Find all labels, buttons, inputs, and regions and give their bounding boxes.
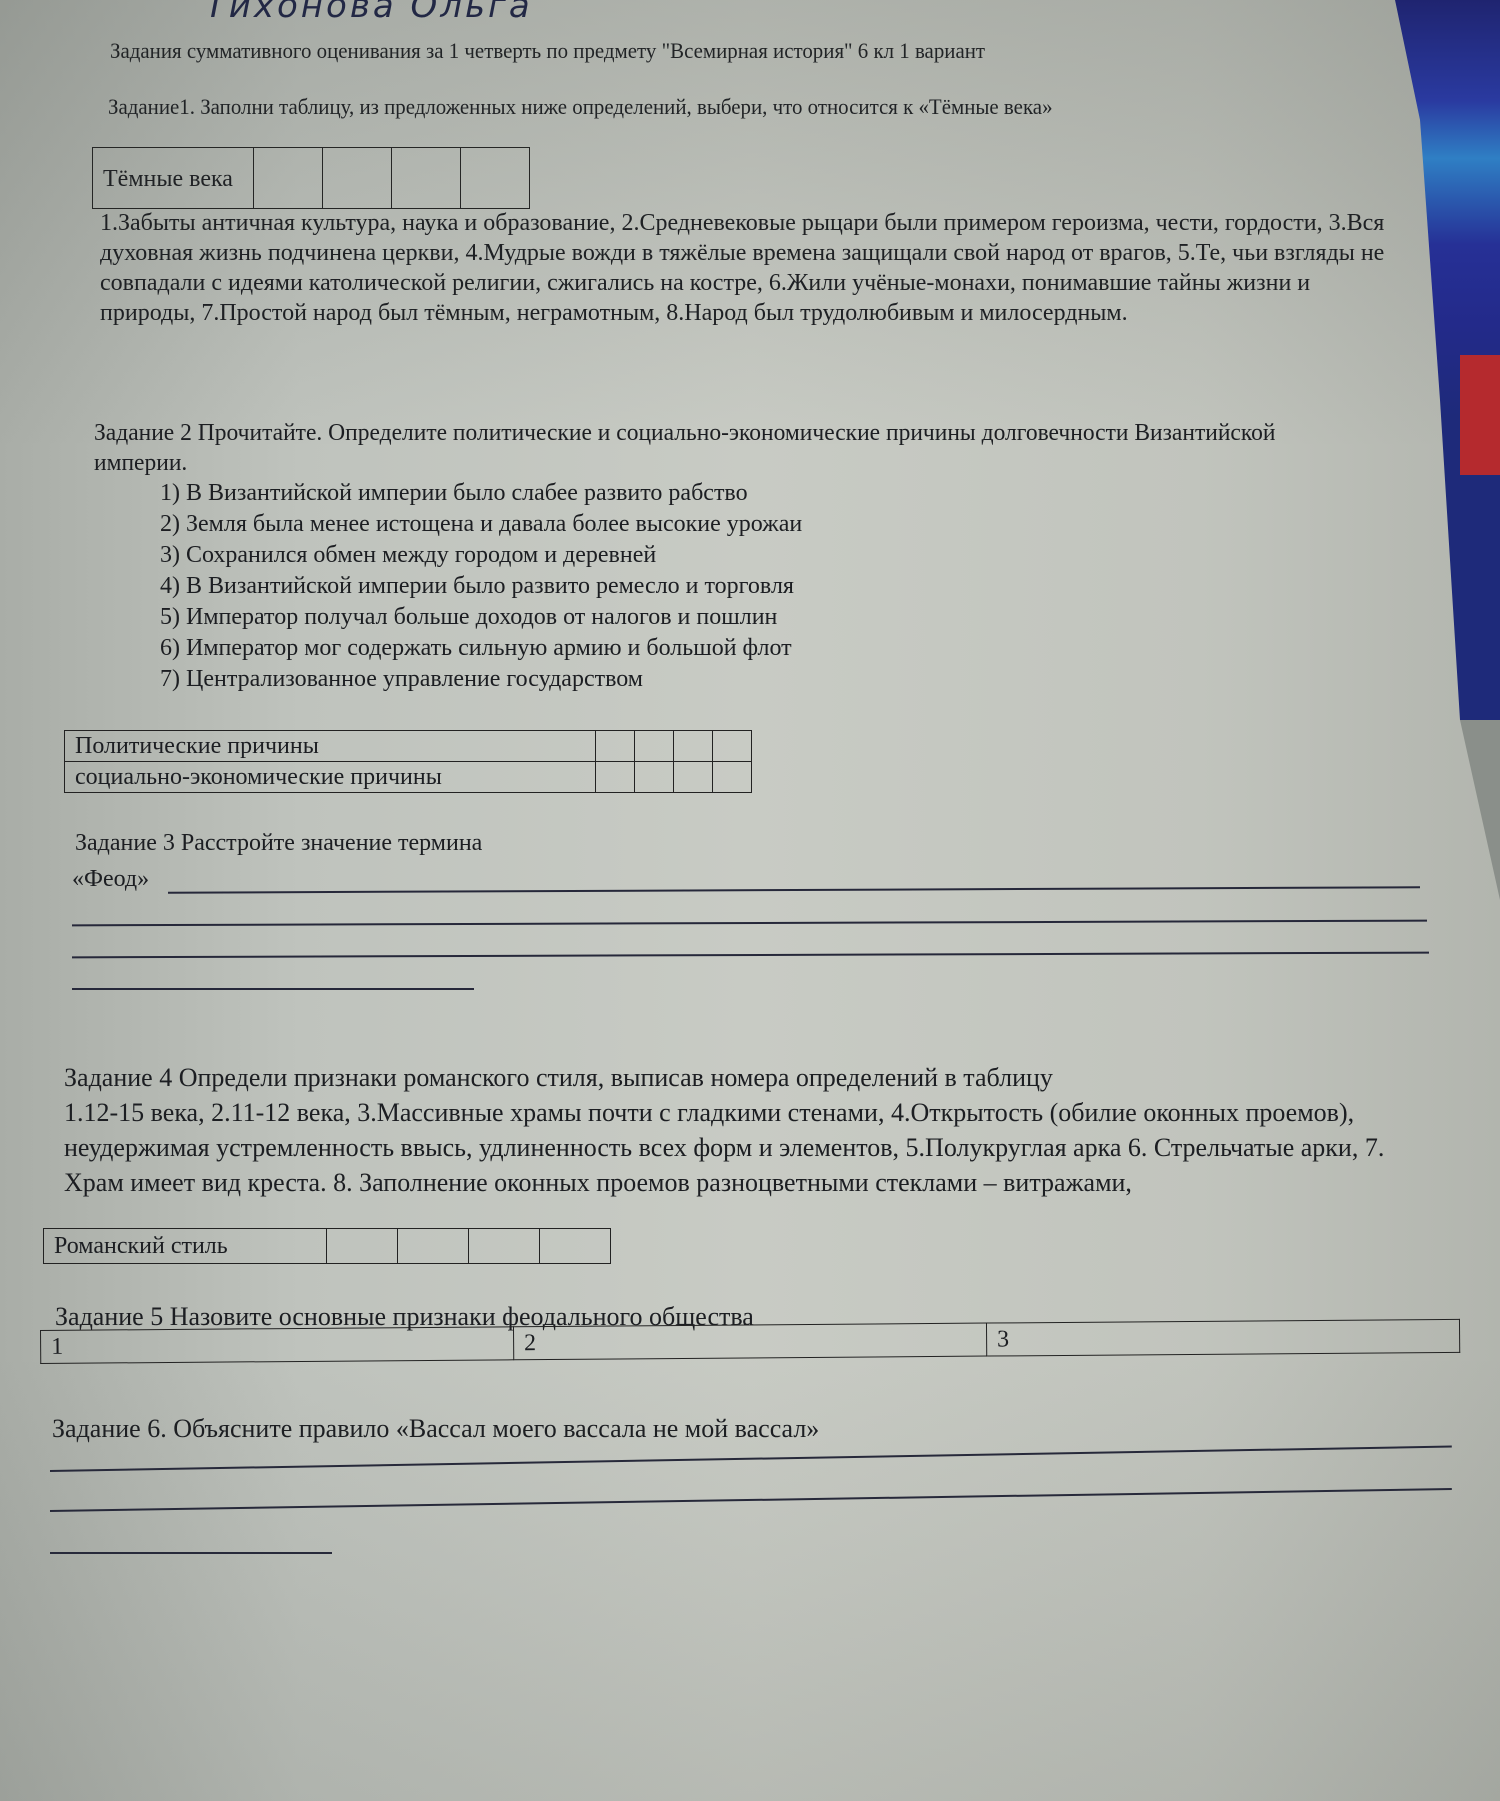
task1-answer-table: Тёмные века (92, 147, 530, 209)
answer-cell[interactable] (713, 731, 752, 762)
answer-line[interactable] (50, 1446, 1452, 1472)
answer-cell[interactable] (323, 148, 392, 209)
answer-cell-1[interactable]: 1 (41, 1327, 514, 1364)
task1-prompt: Задание1. Заполни таблицу, из предложенн… (108, 94, 1053, 120)
task3-prompt: Задание 3 Расстройте значение термина (75, 830, 482, 857)
answer-cell[interactable] (392, 148, 461, 209)
task1-definitions: 1.Забыты античная культура, наука и обра… (100, 208, 1400, 328)
answer-line[interactable] (72, 920, 1427, 927)
answer-cell-3[interactable]: 3 (986, 1319, 1459, 1356)
answer-cell[interactable] (540, 1229, 611, 1264)
answer-line[interactable] (50, 1552, 332, 1554)
background-red-object (1460, 355, 1500, 475)
row-label-political: Политические причины (65, 731, 596, 762)
reason-item: 3) Сохранился обмен между городом и дере… (160, 540, 802, 571)
answer-cell[interactable] (596, 731, 635, 762)
answer-cell[interactable] (398, 1229, 469, 1264)
answer-cell[interactable] (469, 1229, 540, 1264)
answer-cell-2[interactable]: 2 (513, 1323, 986, 1360)
answer-cell[interactable] (461, 148, 530, 209)
task3-term: «Феод» (72, 866, 149, 893)
task6-prompt: Задание 6. Объясните правило «Вассал мое… (52, 1414, 819, 1444)
reason-item: 6) Император мог содержать сильную армию… (160, 633, 802, 664)
task4-prompt: Задание 4 Определи признаки романского с… (64, 1060, 1424, 1200)
reason-item: 5) Император получал больше доходов от н… (160, 602, 802, 633)
row-label-socioeconomic: социально-экономические причины (65, 762, 596, 793)
reason-item: 7) Централизованное управление государст… (160, 664, 802, 695)
answer-cell[interactable] (713, 762, 752, 793)
task4-prompt-text: Задание 4 Определи признаки романского с… (64, 1060, 1424, 1095)
answer-line[interactable] (72, 952, 1429, 959)
answer-cell[interactable] (674, 731, 713, 762)
answer-cell[interactable] (635, 731, 674, 762)
handwritten-student-name: Тихонова Ольга (205, 0, 533, 26)
answer-cell[interactable] (327, 1229, 398, 1264)
answer-cell[interactable] (254, 148, 323, 209)
worksheet-title: Задания суммативного оценивания за 1 чет… (110, 38, 985, 64)
answer-cell[interactable] (674, 762, 713, 793)
answer-cell[interactable] (635, 762, 674, 793)
worksheet-paper: Тихонова Ольга Задания суммативного оцен… (0, 0, 1500, 1801)
task4-definitions: 1.12-15 века, 2.11-12 века, 3.Массивные … (64, 1095, 1424, 1200)
reason-item: 1) В Византийской империи было слабее ра… (160, 478, 802, 509)
task2-prompt: Задание 2 Прочитайте. Определите политич… (94, 418, 1329, 478)
answer-line[interactable] (50, 1488, 1452, 1512)
task2-answer-table: Политические причины социально-экономиче… (64, 730, 752, 793)
answer-line[interactable] (168, 886, 1420, 893)
answer-cell[interactable] (596, 762, 635, 793)
answer-line[interactable] (72, 988, 474, 990)
task2-reasons-list: 1) В Византийской империи было слабее ра… (160, 478, 802, 695)
reason-item: 2) Земля была менее истощена и давала бо… (160, 509, 802, 540)
task4-answer-table: Романский стиль (43, 1228, 611, 1264)
task1-table-label: Тёмные века (93, 148, 254, 209)
reason-item: 4) В Византийской империи было развито р… (160, 571, 802, 602)
task4-table-label: Романский стиль (44, 1229, 327, 1264)
